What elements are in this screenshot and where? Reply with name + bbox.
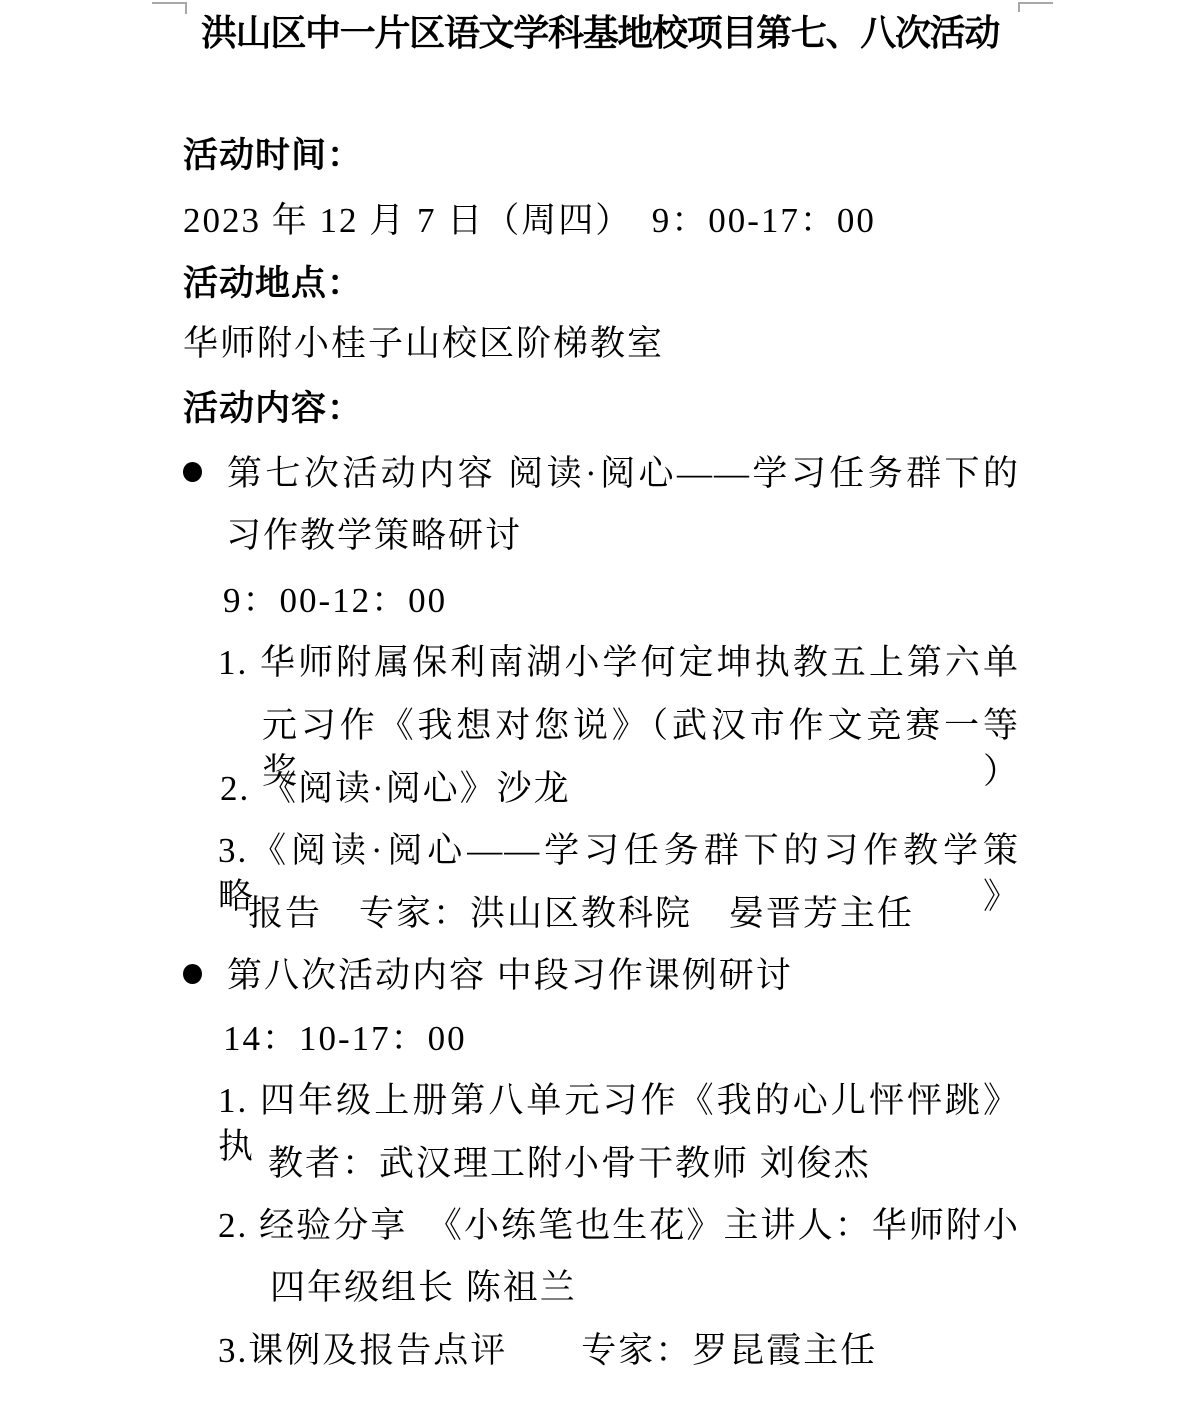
- margin-crop-mark-right: [1018, 2, 1053, 12]
- line-text: 14：10-17：00: [223, 1019, 467, 1058]
- document-page: 洪山区中一片区语文学科基地校项目第七、八次活动 活动时间：2023 年 12 月…: [0, 0, 1200, 1406]
- line-text: 3.课例及报告点评 专家：罗昆霞主任: [218, 1331, 877, 1370]
- doc-line: 活动内容：: [183, 386, 363, 432]
- doc-line: 14：10-17：00: [223, 1016, 467, 1062]
- line-text: 活动地点：: [183, 264, 363, 303]
- line-text: 第八次活动内容 中段习作课例研讨: [227, 956, 793, 995]
- document-title: 洪山区中一片区语文学科基地校项目第七、八次活动: [183, 10, 1017, 56]
- line-text: 1. 华师附属保利南湖小学何定坤执教五上第六单: [218, 643, 1020, 682]
- line-text: 报告 专家：洪山区教科院 晏晋芳主任: [248, 894, 914, 933]
- doc-line: 活动地点：: [183, 261, 363, 307]
- doc-line: 习作教学策略研讨: [226, 513, 522, 559]
- doc-line: 第八次活动内容 中段习作课例研讨: [227, 953, 793, 999]
- line-text: 活动内容：: [183, 389, 363, 428]
- doc-line: 报告 专家：洪山区教科院 晏晋芳主任: [248, 891, 914, 937]
- doc-line: 1. 华师附属保利南湖小学何定坤执教五上第六单: [218, 640, 1020, 686]
- bullet-icon: [183, 964, 202, 984]
- doc-line: 教者：武汉理工附小骨干教师 刘俊杰: [268, 1141, 871, 1187]
- line-text: 教者：武汉理工附小骨干教师 刘俊杰: [268, 1144, 871, 1183]
- line-text: 9：00-12：00: [223, 581, 447, 620]
- line-text: 四年级组长 陈祖兰: [270, 1268, 577, 1307]
- doc-line: 2. 经验分享 《小练笔也生花》主讲人：华师附小: [218, 1203, 1020, 1249]
- line-text: 第七次活动内容 阅读·阅心——学习任务群下的: [227, 454, 1020, 493]
- doc-line: 华师附小桂子山校区阶梯教室: [183, 321, 664, 367]
- line-text: 2. 经验分享 《小练笔也生花》主讲人：华师附小: [218, 1206, 1020, 1245]
- bullet-icon: [183, 462, 202, 482]
- line-text: 2. 《阅读·阅心》沙龙: [220, 769, 571, 808]
- doc-line: 第七次活动内容 阅读·阅心——学习任务群下的: [227, 451, 1020, 497]
- doc-line: 2023 年 12 月 7 日（周四） 9：00-17：00: [183, 198, 876, 244]
- doc-line: 四年级组长 陈祖兰: [270, 1265, 577, 1311]
- doc-line: 2. 《阅读·阅心》沙龙: [220, 766, 571, 812]
- doc-line: 9：00-12：00: [223, 578, 447, 624]
- line-text: 华师附小桂子山校区阶梯教室: [183, 324, 664, 363]
- doc-line: 3.课例及报告点评 专家：罗昆霞主任: [218, 1328, 877, 1374]
- line-text: 习作教学策略研讨: [226, 516, 522, 555]
- line-text: 2023 年 12 月 7 日（周四） 9：00-17：00: [183, 201, 876, 240]
- margin-crop-mark-left: [152, 2, 187, 14]
- line-text: 活动时间：: [183, 136, 363, 175]
- doc-line: 活动时间：: [183, 133, 363, 179]
